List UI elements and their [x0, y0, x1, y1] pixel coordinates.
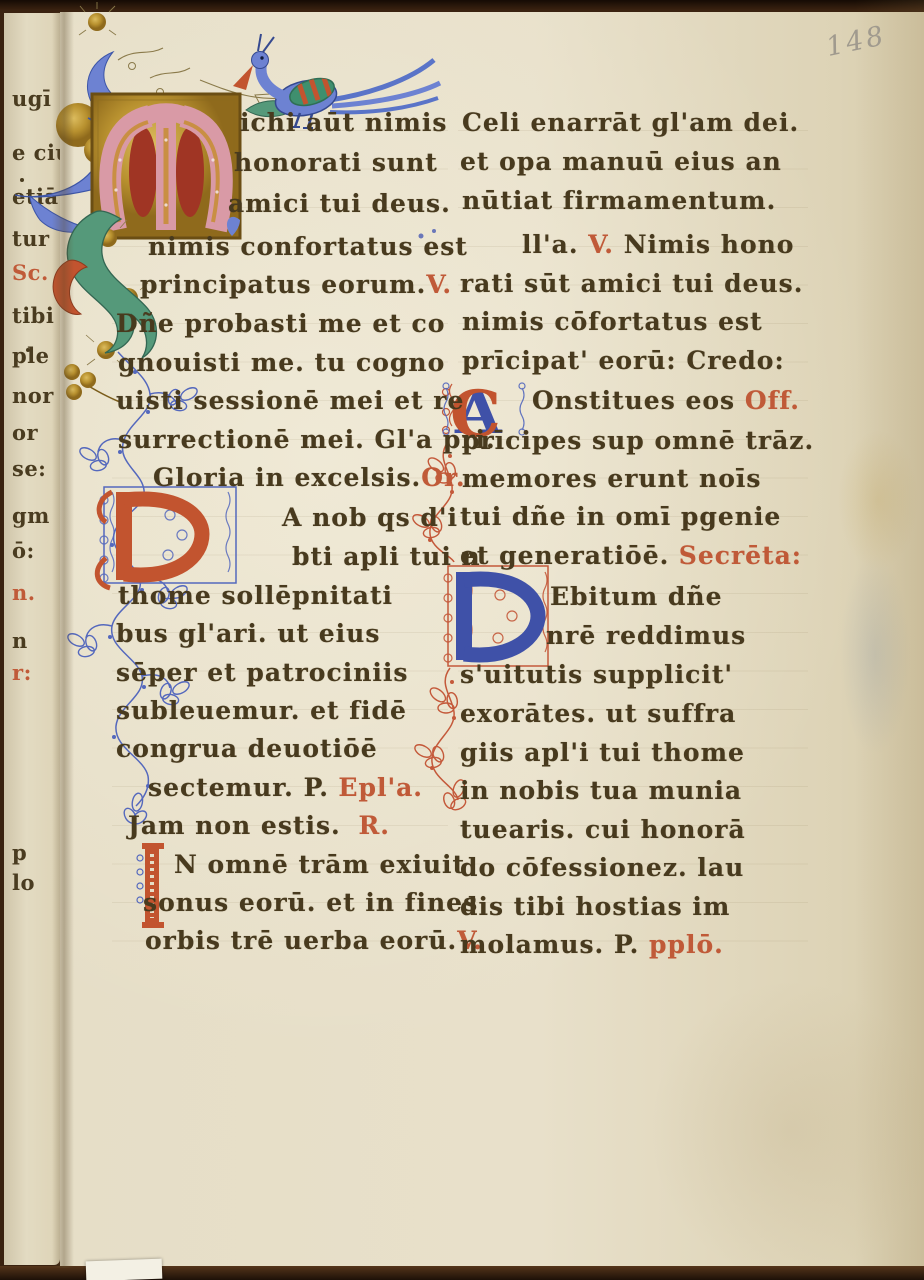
body-text: prīcipat' eorū: Credo:: [462, 346, 785, 375]
body-text: bus gl'ari. ut eius: [116, 619, 380, 648]
manuscript-photo: ugīe ciusetiāturSc.tibiplenororse:gmō:n.…: [0, 0, 924, 1280]
text-line: Dñe probasti me et co: [116, 307, 445, 341]
text-line: subleuemur. et fidē: [116, 694, 407, 728]
body-text: amici tui deus.: [228, 189, 451, 218]
body-text: et generatiōē.: [460, 539, 669, 573]
body-text: Celi enarrāt gl'am dei.: [462, 108, 799, 137]
rubric-text: R.: [359, 809, 390, 843]
text-line: do cōfessionez. lau: [460, 851, 744, 885]
body-text: nimis cōfortatus est: [462, 307, 763, 336]
text-line: Ebitum dñe: [550, 580, 722, 614]
body-text: principatus eorum.: [140, 268, 426, 302]
text-line: molamus. P. pplō.: [460, 928, 724, 962]
text-line: nrē reddimus: [546, 619, 746, 653]
text-line: s'uitutis supplicit': [460, 658, 733, 692]
gutter-fragment: etiā: [12, 184, 59, 209]
text-line: amici tui deus.: [228, 187, 451, 221]
gutter-fragment: r:: [12, 660, 32, 685]
body-text: tuearis. cui honorā: [460, 815, 746, 844]
body-text: memores erunt noīs: [462, 464, 761, 493]
text-line: sēper et patrociniis: [116, 656, 408, 690]
rubric-text: pplō.: [649, 930, 724, 959]
text-line: N omnē trām exiuit: [174, 848, 465, 882]
facing-page-fore-edge: ugīe ciusetiāturSc.tibiplenororse:gmō:n.…: [4, 13, 60, 1265]
text-line: sonus eorū. et in fines: [143, 886, 478, 920]
text-line: uisti sessionē mei et re: [116, 384, 464, 418]
body-text: Dñe probasti me et co: [116, 309, 445, 338]
body-text: Onstitues eos: [532, 384, 735, 418]
body-text: Nimis hono: [624, 230, 795, 259]
body-text: tui dñe in omī pgenie: [460, 502, 781, 531]
gutter-fragment: e cius: [12, 140, 60, 165]
body-text: surrectionē mei. Gl'a pri.: [118, 425, 496, 454]
gutter-fragment: p: [12, 840, 27, 865]
body-text: uisti sessionē mei et re: [116, 386, 464, 415]
rubric-text: Or.: [421, 461, 465, 495]
text-line: nimis cōfortatus est: [462, 305, 763, 339]
body-text: gnouisti me. tu cogno: [118, 348, 445, 377]
text-line: et opa manuū eius an: [460, 145, 782, 179]
text-line: exorātes. ut suffra: [460, 697, 736, 731]
body-text: Ebitum dñe: [550, 582, 722, 611]
body-text: orbis trē uerba eorū.: [145, 924, 457, 958]
text-line: bus gl'ari. ut eius: [116, 617, 380, 651]
gutter-fragment: tibi: [12, 303, 54, 328]
gutter-fragment: n.: [12, 580, 36, 605]
text-line: dis tibi hostias im: [460, 890, 730, 924]
rubric-text: Epl'a.: [338, 771, 423, 805]
body-text: prīcipes sup omnē trāz.: [462, 426, 814, 455]
gutter-fragment: ugī: [12, 86, 51, 111]
body-text: thome sollēpnitati: [118, 581, 393, 610]
body-text: nūtiat firmamentum.: [462, 186, 776, 215]
text-line: thome sollēpnitati: [118, 579, 393, 613]
text-line: nimis confortatus est: [148, 230, 468, 264]
body-text: do cōfessionez. lau: [460, 853, 744, 882]
body-text: nimis confortatus est: [148, 232, 468, 261]
body-text: sēper et patrociniis: [116, 658, 408, 687]
body-text: subleuemur. et fidē: [116, 696, 407, 725]
text-line: prīcipes sup omnē trāz.: [462, 424, 814, 458]
body-text: sectemur. P.: [148, 771, 329, 805]
text-line: tuearis. cui honorā: [460, 813, 746, 847]
body-text: Jam non estis.: [128, 809, 341, 843]
text-line: gnouisti me. tu cogno: [118, 346, 445, 380]
body-text: s'uitutis supplicit': [460, 660, 733, 689]
body-text: molamus. P.: [460, 930, 649, 959]
body-text: N omnē trām exiuit: [174, 850, 465, 879]
text-line: sectemur. P.Epl'a.: [148, 771, 423, 805]
body-text: A nob qs d'i: [282, 503, 458, 532]
text-line: nūtiat firmamentum.: [462, 184, 776, 218]
gutter-fragment: tur: [12, 226, 50, 251]
text-line: surrectionē mei. Gl'a pri.: [118, 423, 496, 457]
body-text: Gloria in excelsis.: [153, 461, 421, 495]
rubric-text: Secrēta:: [679, 539, 802, 573]
text-line: et generatiōē.Secrēta:: [460, 539, 802, 573]
text-line: in nobis tua munia: [460, 774, 742, 808]
body-text: honorati sunt: [234, 148, 438, 177]
text-line: A nob qs d'i: [282, 501, 458, 535]
gutter-fragment: lo: [12, 870, 35, 895]
gutter-fragment: se:: [12, 456, 46, 481]
text-line: tui dñe in omī pgenie: [460, 500, 781, 534]
text-line: Jam non estis.R.: [128, 809, 390, 843]
text-line: rati sūt amici tui deus.: [460, 267, 803, 301]
text-line: Onstitues eosOff.: [532, 384, 800, 418]
body-text: et opa manuū eius an: [460, 147, 782, 176]
text-line: principatus eorum.V.: [140, 268, 440, 302]
body-text: bti apli tui n: [292, 542, 481, 571]
text-line: ll'a. V. Nimis hono: [522, 228, 794, 262]
body-text: nrē reddimus: [546, 621, 746, 650]
body-text: rati sūt amici tui deus.: [460, 269, 803, 298]
body-text: sonus eorū. et in fines: [143, 888, 478, 917]
rubric-text: Off.: [745, 384, 800, 418]
gutter-fragment: n: [12, 628, 28, 653]
rubric-text: V.: [588, 230, 623, 259]
body-text: congrua deuotiōē: [116, 734, 378, 763]
gutter-fragment: or: [12, 420, 38, 445]
gutter-fragment: nor: [12, 383, 54, 408]
text-line: Celi enarrāt gl'am dei.: [462, 106, 799, 140]
bookmark-tab: [86, 1259, 163, 1280]
body-text: ll'a.: [522, 230, 588, 259]
gutter-fragment: Sc.: [12, 260, 49, 285]
text-line: prīcipat' eorū: Credo:: [462, 344, 785, 378]
text-line: honorati sunt: [234, 146, 438, 180]
body-text: giis apl'i tui thome: [460, 738, 745, 767]
gutter-fragment: gm: [12, 503, 50, 528]
text-line: orbis trē uerba eorū.V.: [145, 924, 435, 958]
text-line: ichi aūt nimis: [240, 106, 447, 140]
text-line: Gloria in excelsis.Or.: [153, 461, 441, 495]
body-text: in nobis tua munia: [460, 776, 742, 805]
text-line: giis apl'i tui thome: [460, 736, 745, 770]
text-line: memores erunt noīs: [462, 462, 761, 496]
gutter-fragment: ple: [12, 343, 50, 368]
text-line: bti apli tui n: [292, 540, 481, 574]
rubric-text: V.: [426, 268, 452, 302]
body-text: ichi aūt nimis: [240, 108, 447, 137]
text-line: congrua deuotiōē: [116, 732, 378, 766]
body-text: dis tibi hostias im: [460, 892, 730, 921]
body-text: exorātes. ut suffra: [460, 699, 736, 728]
gutter-fragment: ō:: [12, 538, 35, 563]
